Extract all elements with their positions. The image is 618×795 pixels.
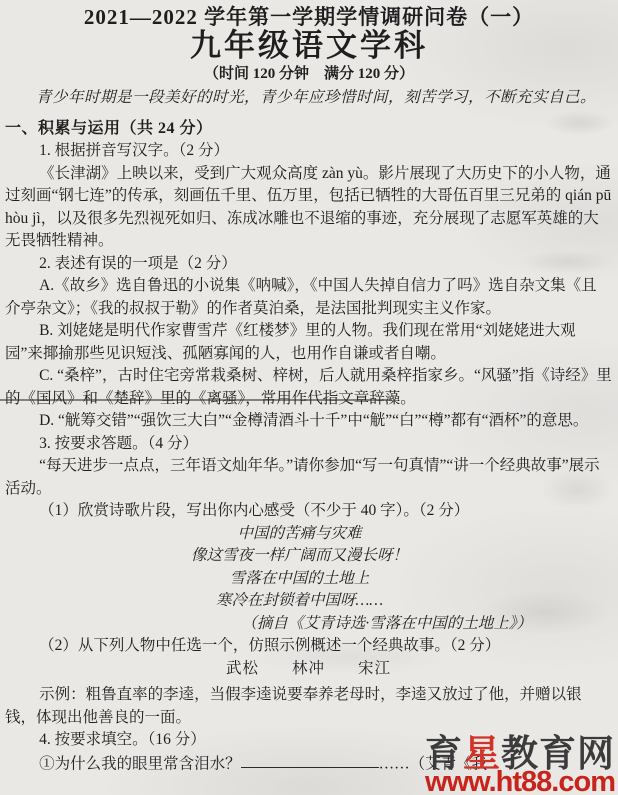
question1-passage: 《长津湖》上映以来，受到广大观众高度 zàn yù。影片展现了大历史下的小人物，… [5, 163, 612, 253]
question1-title: 1. 根据拼音写汉字。（2 分） [5, 140, 612, 163]
question3-lead: “每天进步一点点，三年语文灿年华。”请你参加“写一句真情”“讲一个经典故事”展示… [5, 455, 612, 500]
question2-option-c: C. “桑梓”，古时住宅旁常栽桑树、梓树，后人就用桑梓指家乡。“风骚”指《诗经》… [5, 365, 612, 410]
question2-option-b: B. 刘姥姥是明代作家曹雪芹《红楼梦》里的人物。我们现在常用“刘姥姥进大观园”来… [5, 320, 612, 365]
poem-line: 寒冷在封锁着中国呀…… [5, 590, 612, 613]
question3-example: 示例：粗鲁直率的李逵，当假李逵说要奉养老母时，李逵又放过了他，并赠以银钱，体现出… [5, 684, 612, 729]
watermark-url-text: www.ht88.com [425, 770, 615, 795]
question2-title: 2. 表述有误的一项是（2 分） [5, 253, 612, 276]
question3-sub1: （1）欣赏诗歌片段，写出你内心感受（不少于 40 字）。（2 分） [5, 500, 612, 523]
scan-artifact-line [0, 399, 392, 401]
question4-item1-prefix: ①为什么我的眼里常含泪水？ [39, 755, 241, 772]
section1-heading: 一、积累与运用（共 24 分） [5, 118, 612, 141]
poem-line: 雪落在中国的土地上 [5, 568, 612, 591]
question3-sub2: （2）从下列人物中任选一个，仿照示例概述一个经典故事。（2 分） [5, 635, 612, 658]
question2-option-d: D. “觥筹交错”“强饮三大白”“金樽清酒斗十千”中“觥”“白”“樽”都有“酒杯… [5, 410, 612, 433]
fill-in-blank-underline[interactable] [241, 752, 379, 769]
question3-title: 3. 按要求答题。（4 分） [5, 433, 612, 456]
poem-line: 像这雪夜一样广阔而又漫长呀！ [5, 545, 612, 568]
watermark: 育星教育网 www.ht88.com [425, 735, 615, 795]
exam-paper-page: 2021—2022 学年第一学期学情调研问卷（一） 九年级语文学科 （时间 12… [0, 0, 618, 795]
question2-option-a: A.《故乡》选自鲁迅的小说集《呐喊》，《中国人失掉自信力了吗》选自杂文集《且介亭… [5, 275, 612, 320]
exam-subject-title: 九年级语文学科 [0, 28, 618, 64]
exam-body: 青少年时期是一段美好的时光，青少年应珍惜时间，刻苦学习，不断充实自己。 一、积累… [0, 87, 618, 776]
intro-motto: 青少年时期是一段美好的时光，青少年应珍惜时间，刻苦学习，不断充实自己。 [5, 87, 612, 110]
poem-source-citation: （摘自《艾青诗选·雪落在中国的土地上》） [5, 613, 612, 636]
exam-time-score-info: （时间 120 分钟 满分 120 分） [0, 64, 618, 85]
exam-session-title: 2021—2022 学年第一学期学情调研问卷（一） [0, 0, 618, 28]
poem-line: 中国的苦痛与灾难 [5, 523, 612, 546]
character-name-options: 武松 林冲 宋江 [5, 658, 612, 681]
